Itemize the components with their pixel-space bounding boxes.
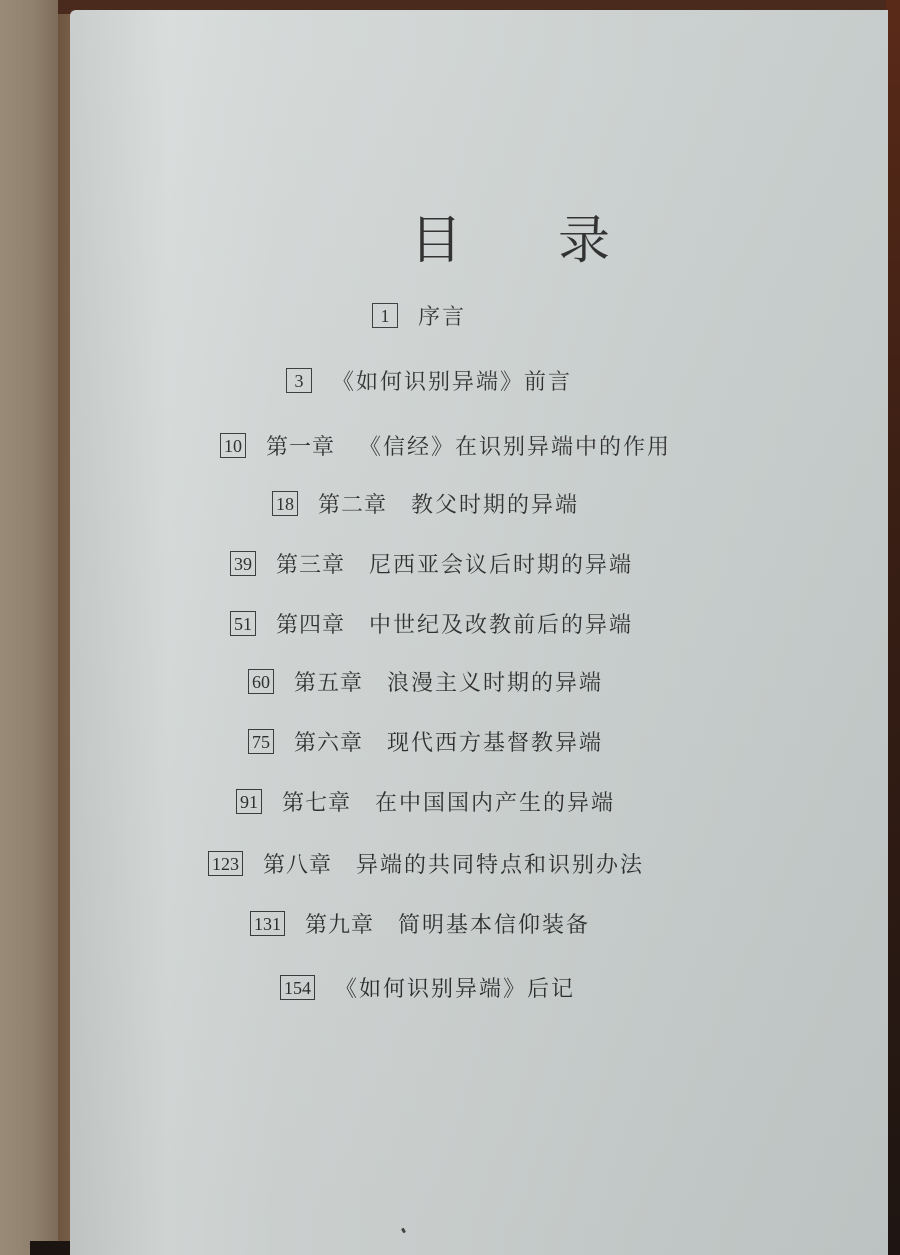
page-number-box: 51 xyxy=(230,611,256,636)
background-bottom-corner xyxy=(30,1241,70,1255)
toc-entry-chapter-8[interactable]: 123 第八章 异端的共同特点和识别办法 xyxy=(208,848,644,879)
chapter-label: 第三章 xyxy=(276,548,345,579)
page-number-box: 1 xyxy=(372,303,398,328)
page-number-box: 39 xyxy=(230,551,256,576)
page-number-box: 18 xyxy=(272,491,298,516)
chapter-label: 第五章 xyxy=(294,666,363,697)
chapter-label: 第二章 xyxy=(318,488,387,519)
toc-entry-preface[interactable]: 1 序言 xyxy=(372,300,466,331)
toc-page: 目 录 1 序言 3 《如何识别异端》前言 10 第一章 《信经》在识别异端中的… xyxy=(70,10,888,1255)
entry-title: 浪漫主义时期的异端 xyxy=(387,666,603,697)
book-spine-left xyxy=(0,0,58,1255)
entry-title: 《如何识别异端》前言 xyxy=(332,365,572,396)
entry-title: 教父时期的异端 xyxy=(411,488,579,519)
page-title: 目 录 xyxy=(410,198,610,273)
page-number-box: 154 xyxy=(280,975,315,1000)
toc-entry-chapter-5[interactable]: 60 第五章 浪漫主义时期的异端 xyxy=(248,666,603,697)
background-right xyxy=(886,0,900,1255)
entry-title: 序言 xyxy=(418,300,466,331)
toc-entry-chapter-4[interactable]: 51 第四章 中世纪及改教前后的异端 xyxy=(230,608,633,639)
entry-title: 中世纪及改教前后的异端 xyxy=(369,608,633,639)
toc-entry-chapter-9[interactable]: 131 第九章 简明基本信仰装备 xyxy=(250,908,590,939)
chapter-label: 第九章 xyxy=(305,908,374,939)
entry-title: 异端的共同特点和识别办法 xyxy=(356,848,644,879)
chapter-label: 第四章 xyxy=(276,608,345,639)
chapter-label: 第八章 xyxy=(263,848,332,879)
entry-title: 尼西亚会议后时期的异端 xyxy=(369,548,633,579)
toc-entry-chapter-3[interactable]: 39 第三章 尼西亚会议后时期的异端 xyxy=(230,548,633,579)
chapter-label: 第六章 xyxy=(294,726,363,757)
toc-entry-chapter-7[interactable]: 91 第七章 在中国国内产生的异端 xyxy=(236,786,615,817)
toc-entry-foreword[interactable]: 3 《如何识别异端》前言 xyxy=(286,365,572,396)
entry-title: 现代西方基督教异端 xyxy=(387,726,603,757)
page-number-box: 10 xyxy=(220,433,246,458)
toc-entry-chapter-2[interactable]: 18 第二章 教父时期的异端 xyxy=(272,488,579,519)
title-char-1: 目 xyxy=(410,198,462,273)
entry-title: 在中国国内产生的异端 xyxy=(375,786,615,817)
chapter-label: 第一章 xyxy=(266,430,335,461)
page-number-box: 75 xyxy=(248,729,274,754)
page-number-box: 91 xyxy=(236,789,262,814)
toc-entry-chapter-6[interactable]: 75 第六章 现代西方基督教异端 xyxy=(248,726,603,757)
entry-title: 《信经》在识别异端中的作用 xyxy=(359,430,671,461)
toc-entry-afterword[interactable]: 154 《如何识别异端》后记 xyxy=(280,972,575,1003)
page-number-box: 3 xyxy=(286,368,312,393)
chapter-label: 第七章 xyxy=(282,786,351,817)
title-char-2: 录 xyxy=(558,198,610,273)
page-number-box: 131 xyxy=(250,911,285,936)
page-number-box: 123 xyxy=(208,851,243,876)
entry-title: 简明基本信仰装备 xyxy=(398,908,590,939)
entry-title: 《如何识别异端》后记 xyxy=(335,972,575,1003)
page-number-box: 60 xyxy=(248,669,274,694)
toc-entry-chapter-1[interactable]: 10 第一章 《信经》在识别异端中的作用 xyxy=(220,430,671,461)
